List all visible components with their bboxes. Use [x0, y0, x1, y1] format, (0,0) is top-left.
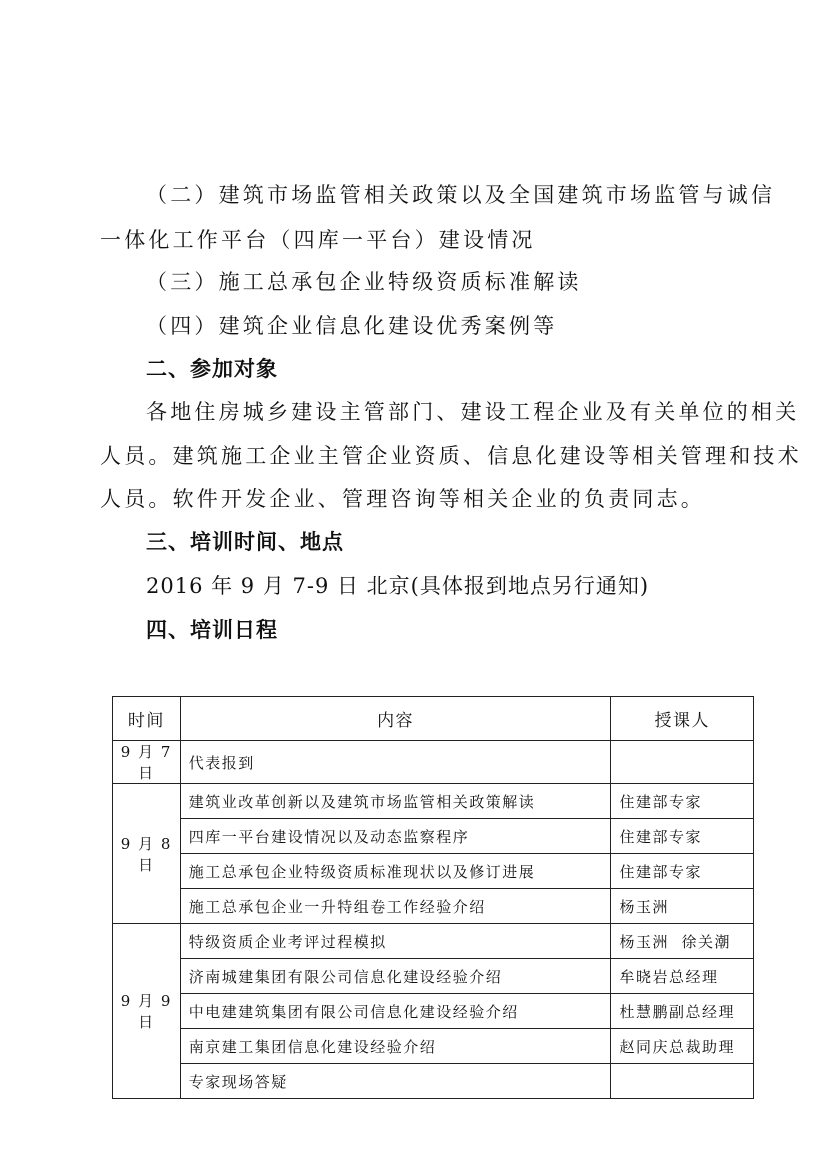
- lecturer-cell: 住建部专家: [611, 784, 754, 819]
- table-row: 四库一平台建设情况以及动态监察程序 住建部专家: [113, 819, 754, 854]
- header-date: 时间: [113, 697, 181, 741]
- lecturer-cell: 杨玉洲: [611, 889, 754, 924]
- time-place-text: 2016 年 9 月 7-9 日 北京(具体报到地点另行通知): [146, 572, 649, 600]
- table-row: 济南城建集团有限公司信息化建设经验介绍 牟晓岩总经理: [113, 959, 754, 994]
- header-lecturer: 授课人: [611, 697, 754, 741]
- paragraph-item-2: （二）建筑市场监管相关政策以及全国建筑市场监管与诚信: [146, 181, 775, 209]
- lecturer-cell: 杜慧鹏副总经理: [611, 994, 754, 1029]
- paragraph-item-4: （四）建筑企业信息化建设优秀案例等: [146, 312, 557, 340]
- table-row: 中电建建筑集团有限公司信息化建设经验介绍 杜慧鹏副总经理: [113, 994, 754, 1029]
- lecturer-cell: [611, 741, 754, 784]
- content-cell: 施工总承包企业特级资质标准现状以及修订进展: [180, 854, 611, 889]
- participants-text-line-1: 各地住房城乡建设主管部门、建设工程企业及有关单位的相关: [146, 398, 799, 426]
- paragraph-item-3: （三）施工总承包企业特级资质标准解读: [146, 268, 582, 296]
- content-cell: 南京建工集团信息化建设经验介绍: [180, 1029, 611, 1064]
- table-header-row: 时间 内容 授课人: [113, 697, 754, 741]
- table-row: 9 月 9 日 特级资质企业考评过程模拟 杨玉洲 徐关潮: [113, 924, 754, 959]
- content-cell: 中电建建筑集团有限公司信息化建设经验介绍: [180, 994, 611, 1029]
- content-cell: 专家现场答疑: [180, 1064, 611, 1099]
- content-cell: 建筑业改革创新以及建筑市场监管相关政策解读: [180, 784, 611, 819]
- content-cell: 施工总承包企业一升特组卷工作经验介绍: [180, 889, 611, 924]
- table-row: 施工总承包企业特级资质标准现状以及修订进展 住建部专家: [113, 854, 754, 889]
- participants-text-line-2: 人员。建筑施工企业主管企业资质、信息化建设等相关管理和技术: [100, 442, 802, 470]
- content-cell: 特级资质企业考评过程模拟: [180, 924, 611, 959]
- lecturer-cell: 赵同庆总裁助理: [611, 1029, 754, 1064]
- table-row: 南京建工集团信息化建设经验介绍 赵同庆总裁助理: [113, 1029, 754, 1064]
- paragraph-item-2-cont: 一体化工作平台（四库一平台）建设情况: [100, 226, 536, 254]
- participants-text-line-3: 人员。软件开发企业、管理咨询等相关企业的负责同志。: [100, 485, 705, 513]
- table-row: 专家现场答疑: [113, 1064, 754, 1099]
- date-cell: 9 月 8 日: [113, 784, 181, 924]
- lecturer-cell: 牟晓岩总经理: [611, 959, 754, 994]
- section-heading-schedule: 四、培训日程: [146, 616, 278, 644]
- schedule-table: 时间 内容 授课人 9 月 7 日 代表报到 9 月 8 日 建筑业改革创新以及…: [112, 696, 754, 1099]
- section-heading-participants: 二、参加对象: [146, 355, 278, 383]
- lecturer-cell: 住建部专家: [611, 819, 754, 854]
- lecturer-cell: [611, 1064, 754, 1099]
- header-content: 内容: [180, 697, 611, 741]
- content-cell: 济南城建集团有限公司信息化建设经验介绍: [180, 959, 611, 994]
- table-row: 9 月 7 日 代表报到: [113, 741, 754, 784]
- lecturer-cell: 住建部专家: [611, 854, 754, 889]
- table-row: 施工总承包企业一升特组卷工作经验介绍 杨玉洲: [113, 889, 754, 924]
- table-row: 9 月 8 日 建筑业改革创新以及建筑市场监管相关政策解读 住建部专家: [113, 784, 754, 819]
- lecturer-cell: 杨玉洲 徐关潮: [611, 924, 754, 959]
- content-cell: 四库一平台建设情况以及动态监察程序: [180, 819, 611, 854]
- content-cell: 代表报到: [180, 741, 611, 784]
- section-heading-time-place: 三、培训时间、地点: [146, 528, 344, 556]
- date-cell: 9 月 7 日: [113, 741, 181, 784]
- date-cell: 9 月 9 日: [113, 924, 181, 1099]
